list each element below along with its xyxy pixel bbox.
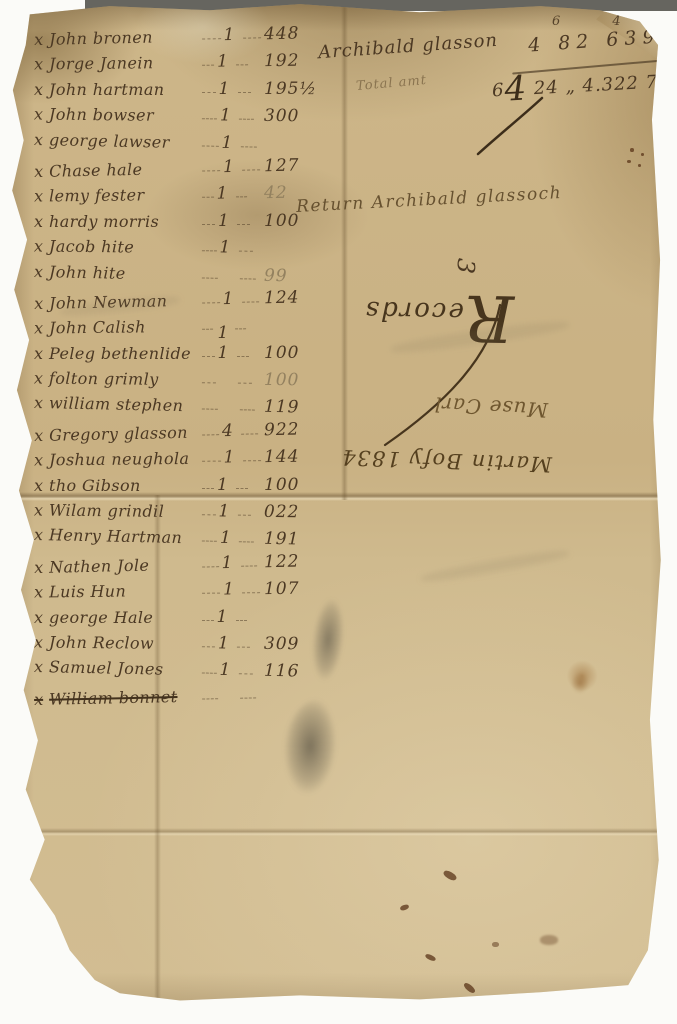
cross-mark: x	[34, 262, 49, 281]
entry-tally: 1	[218, 211, 234, 231]
entry-name: John Calish	[49, 317, 199, 338]
cross-mark: x	[34, 80, 49, 99]
upside-down-signature: Martin Bofy 1834	[300, 444, 553, 477]
entry-tally: 1	[221, 553, 237, 573]
top-right-name: Archibald glasson	[317, 30, 498, 64]
dash-leader	[202, 171, 220, 172]
entry-name: Peleg bethenlide	[49, 344, 199, 363]
cross-mark: x	[34, 451, 49, 470]
dash-leader	[239, 119, 254, 120]
entry-tally: 1	[217, 52, 233, 72]
entry-tally: 1	[217, 607, 233, 627]
cross-mark: x	[34, 658, 49, 677]
scanned-document-page: { "scan": { "background_color": "#fbfbf8…	[0, 0, 677, 1024]
dash-leader	[243, 38, 262, 39]
entry-amount: 100	[255, 370, 326, 391]
ledger-row: x Luis Hun 1 107	[34, 573, 326, 602]
entry-tally: 1	[220, 106, 236, 126]
ledger-row: x Jacob hite 1	[34, 230, 326, 259]
dash-leader	[240, 698, 256, 699]
dash-leader	[202, 620, 214, 621]
cross-mark: x	[34, 237, 49, 256]
dash-leader	[238, 674, 253, 675]
dash-leader	[236, 65, 248, 66]
ledger-row: x lemy fester 1 42	[34, 177, 326, 206]
entry-tally: 1	[218, 502, 234, 522]
entry-tally: 1	[218, 634, 234, 654]
dash-leader	[237, 647, 250, 648]
dash-leader	[243, 461, 262, 462]
entry-name: Henry Hartman	[49, 526, 199, 548]
dash-leader	[202, 65, 214, 66]
dash-leader	[202, 434, 219, 435]
ledger-row: x Joshua neughola 1 144	[34, 441, 326, 470]
entry-amount: 100	[251, 475, 326, 495]
entry-name: Luis Hun	[49, 581, 199, 602]
ink-speck	[540, 935, 558, 945]
ink-speck	[463, 982, 477, 995]
ink-speck	[424, 953, 436, 962]
ink-speck	[492, 942, 499, 947]
ledger-row: x Peleg bethenlide 1 1 100	[34, 337, 326, 363]
ink-speck	[399, 904, 409, 912]
cross-mark: x	[34, 476, 49, 495]
cross-mark: x	[34, 55, 49, 74]
cross-mark: x	[34, 558, 49, 577]
dash-leader	[202, 277, 218, 278]
dash-leader	[241, 434, 258, 435]
dash-leader	[237, 515, 251, 516]
cross-mark: x	[34, 394, 49, 413]
dash-leader	[202, 488, 214, 489]
dash-leader	[202, 461, 221, 462]
entry-tally: 1	[222, 289, 238, 309]
cross-mark: x	[34, 212, 49, 231]
brown-stain	[567, 668, 593, 698]
dash-leader	[202, 673, 217, 674]
dash-leader	[242, 170, 260, 171]
ink-dot	[630, 148, 634, 152]
entry-tally: 1	[217, 475, 233, 495]
ledger-row: x John hartman 1 195½	[34, 73, 326, 99]
entry-name: william stephen	[49, 394, 199, 416]
entry-name: John hartman	[49, 80, 199, 99]
dash-leader	[235, 329, 246, 330]
dash-leader	[236, 620, 248, 621]
entry-tally: 1	[223, 448, 239, 468]
entry-tally: 4	[222, 421, 238, 441]
dash-leader	[202, 566, 219, 567]
dash-leader	[202, 329, 213, 330]
dash-leader	[202, 356, 215, 357]
ledger-row: x hardy morris 1 100	[34, 205, 326, 231]
entry-name: John hite	[49, 262, 199, 284]
dash-leader	[202, 119, 217, 120]
ledger-row: x george Hale 1	[34, 601, 326, 627]
entry-name: hardy morris	[49, 212, 199, 231]
entry-name: lemy fester	[49, 186, 199, 207]
dash-leader	[202, 515, 216, 516]
dash-leader	[236, 197, 248, 198]
dash-leader	[239, 542, 254, 543]
dash-leader	[202, 302, 220, 303]
entry-tally: 1	[216, 184, 232, 204]
cross-mark: x	[34, 608, 49, 627]
ledger-row: x Jorge Janein 1 192	[34, 45, 326, 74]
dash-leader	[236, 488, 248, 489]
dash-leader	[237, 224, 250, 225]
cross-mark: x	[34, 344, 49, 363]
entry-amount: 107	[263, 579, 326, 600]
return-note: Return Archibald glassoch	[296, 183, 563, 217]
dash-leader	[202, 92, 216, 93]
ink-dot	[627, 160, 631, 163]
dash-leader	[202, 647, 215, 648]
entry-name: george lawser	[49, 130, 199, 152]
ink-dot	[641, 153, 644, 156]
entry-name: Jorge Janein	[49, 54, 199, 75]
dash-leader	[238, 251, 253, 252]
ledger-row: x tho Gibson 1 100	[34, 469, 326, 495]
entry-tally: 1	[219, 238, 235, 258]
ink-dot	[638, 164, 641, 167]
entry-name: William bonnet	[49, 687, 199, 709]
ink-speck	[442, 869, 458, 882]
entry-tally: 1	[223, 25, 239, 45]
cross-mark: x	[34, 130, 49, 149]
dash-leader	[202, 145, 219, 146]
sideways-three-mark: 3	[451, 257, 480, 275]
entry-tally: 1	[219, 79, 235, 99]
cross-mark: x	[34, 187, 49, 206]
entry-amount: 124	[262, 287, 326, 308]
entry-name: Jacob hite	[49, 237, 199, 258]
ledger-rows: x John bronen 1 448 x Jorge Janein 1 192…	[34, 20, 326, 706]
entry-name: John bowser	[49, 105, 199, 126]
entry-name: Samuel Jones	[49, 658, 199, 680]
entry-tally: 1	[223, 157, 239, 177]
ledger-row: x William bonnet	[34, 677, 326, 710]
dash-leader	[240, 146, 257, 147]
entry-amount: 195½	[254, 79, 326, 99]
dash-leader	[241, 566, 258, 567]
entry-tally: 1	[223, 580, 239, 600]
dash-leader	[240, 278, 256, 279]
entry-name: tho Gibson	[49, 476, 199, 495]
dash-leader	[239, 410, 255, 411]
dash-leader	[202, 224, 215, 225]
dash-leader	[202, 593, 220, 594]
dash-leader	[238, 383, 252, 384]
entry-tally: 1 1	[218, 323, 234, 363]
manuscript-paper: x John bronen 1 448 x Jorge Janein 1 192…	[0, 0, 677, 1024]
entry-amount: 100	[252, 343, 326, 363]
entry-name: Joshua neughola	[49, 449, 199, 470]
horizontal-fold-crease-lower	[0, 828, 677, 836]
dash-leader	[237, 356, 250, 357]
cross-mark: x	[34, 526, 49, 545]
top-right-figures: 4 82 639	[527, 25, 661, 56]
entry-amount: 300	[257, 106, 326, 127]
dash-leader	[202, 251, 217, 252]
dash-leader	[242, 302, 260, 303]
dash-leader	[202, 541, 217, 542]
cross-mark: x	[34, 319, 49, 338]
entry-amount: 122	[260, 551, 326, 572]
dash-leader	[202, 39, 221, 40]
dash-leader	[202, 197, 214, 198]
ledger-row: x John bowser 1 300	[34, 98, 326, 127]
cross-mark: x	[34, 583, 49, 602]
entry-amount: 022	[254, 502, 326, 523]
entry-amount: 922	[261, 419, 326, 440]
entry-amount: 127	[263, 155, 326, 176]
dash-leader	[242, 593, 260, 594]
entry-name: george Hale	[49, 608, 199, 627]
entry-amount: 192	[251, 51, 326, 72]
bleed-through-streak	[420, 547, 570, 585]
dash-leader	[202, 409, 218, 410]
cross-mark: x	[34, 105, 49, 124]
vertical-fold-crease-top	[341, 0, 348, 500]
pen-flourish-stroke	[470, 96, 550, 156]
cross-mark: x	[34, 690, 49, 709]
dash-leader	[202, 383, 216, 384]
flourish-tail-stroke	[370, 300, 510, 450]
ink-smudge-large	[275, 698, 348, 834]
dash-leader	[202, 698, 218, 699]
dash-leader	[238, 92, 252, 93]
total-label: Total amt	[355, 73, 427, 94]
